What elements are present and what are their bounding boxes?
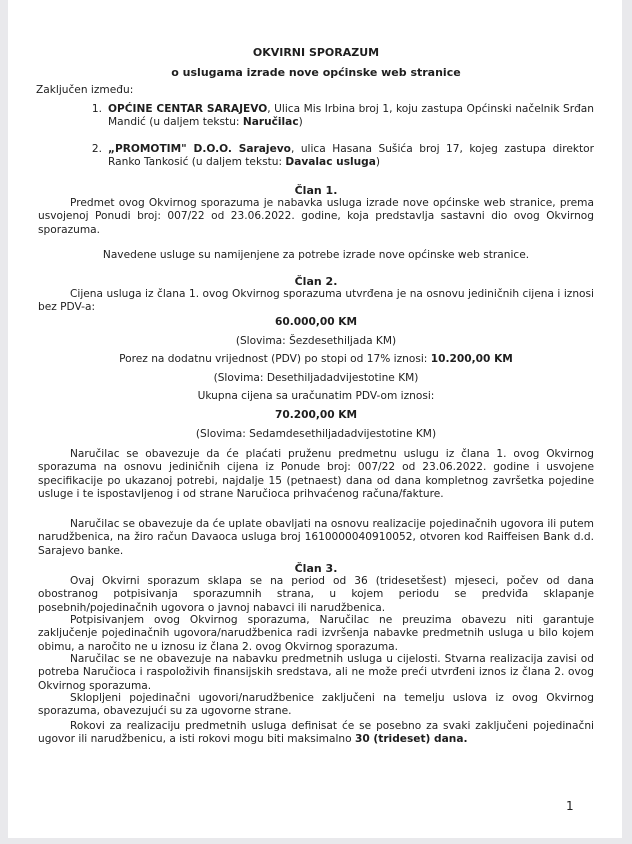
- intro-text: Zaključen između:: [36, 84, 592, 97]
- party-role: Naručilac: [243, 116, 299, 128]
- clan3-heading: Član 3.: [38, 562, 594, 575]
- party-name: „PROMOTIM" D.O.O. Sarajevo: [108, 143, 291, 155]
- party-role: Davalac usluga: [285, 156, 376, 168]
- clan2-paragraph-3: Naručilac se obavezuje da će uplate obav…: [38, 518, 594, 558]
- clan3-paragraph-5: Rokovi za realizaciju predmetnih usluga …: [38, 720, 594, 747]
- document-subtitle: o uslugama izrade nove općinske web stra…: [38, 66, 594, 79]
- vat-text: Porez na dodatnu vrijednost (PDV) po sto…: [119, 353, 431, 365]
- net-amount: 60.000,00 KM: [38, 316, 594, 329]
- clan3-paragraph-3: Naručilac se ne obavezuje na nabavku pre…: [38, 653, 594, 693]
- party-2: 2. „PROMOTIM" D.O.O. Sarajevo, ulica Has…: [38, 143, 594, 170]
- net-amount-words: (Slovima: Šezdesethiljada KM): [38, 335, 594, 348]
- clan1-heading: Član 1.: [38, 184, 594, 197]
- party-number: 1.: [80, 103, 108, 130]
- total-amount: 70.200,00 KM: [38, 409, 594, 422]
- vat-line: Porez na dodatnu vrijednost (PDV) po sto…: [38, 353, 594, 366]
- party-end: ): [376, 156, 380, 168]
- party-number: 2.: [80, 143, 108, 170]
- clan3-p5-bold: 30 (trideset) dana.: [355, 733, 468, 745]
- party-end: ): [299, 116, 303, 128]
- clan2-paragraph-2: Naručilac se obavezuje da će plaćati pru…: [38, 448, 594, 502]
- clan2-heading: Član 2.: [38, 275, 594, 288]
- clan3-paragraph-2: Potpisivanjem ovog Okvirnog sporazuma, N…: [38, 614, 594, 654]
- vat-amount: 10.200,00 KM: [431, 353, 513, 365]
- document-title: OKVIRNI SPORAZUM: [38, 46, 594, 59]
- clan3-paragraph-1: Ovaj Okvirni sporazum sklapa se na perio…: [38, 575, 594, 615]
- clan2-paragraph-1: Cijena usluga iz člana 1. ovog Okvirnog …: [38, 288, 594, 315]
- clan3-paragraph-4: Sklopljeni pojedinačni ugovori/narudžben…: [38, 692, 594, 719]
- party-1: 1. OPĆINE CENTAR SARAJEVO, Ulica Mis Irb…: [38, 103, 594, 130]
- total-text: Ukupna cijena sa uračunatim PDV-om iznos…: [38, 390, 594, 403]
- party-name: OPĆINE CENTAR SARAJEVO: [108, 103, 267, 115]
- clan3-p5-text: Rokovi za realizaciju predmetnih usluga …: [38, 720, 594, 745]
- document-page: OKVIRNI SPORAZUM o uslugama izrade nove …: [8, 0, 622, 838]
- vat-words: (Slovima: Desethiljadadvijestotine KM): [38, 372, 594, 385]
- page-number: 1: [566, 799, 574, 813]
- clan1-paragraph-2: Navedene usluge su namijenjene za potreb…: [38, 249, 594, 262]
- total-words: (Slovima: Sedamdesethiljadadvijestotine …: [38, 428, 594, 441]
- clan1-paragraph-1: Predmet ovog Okvirnog sporazuma je nabav…: [38, 197, 594, 237]
